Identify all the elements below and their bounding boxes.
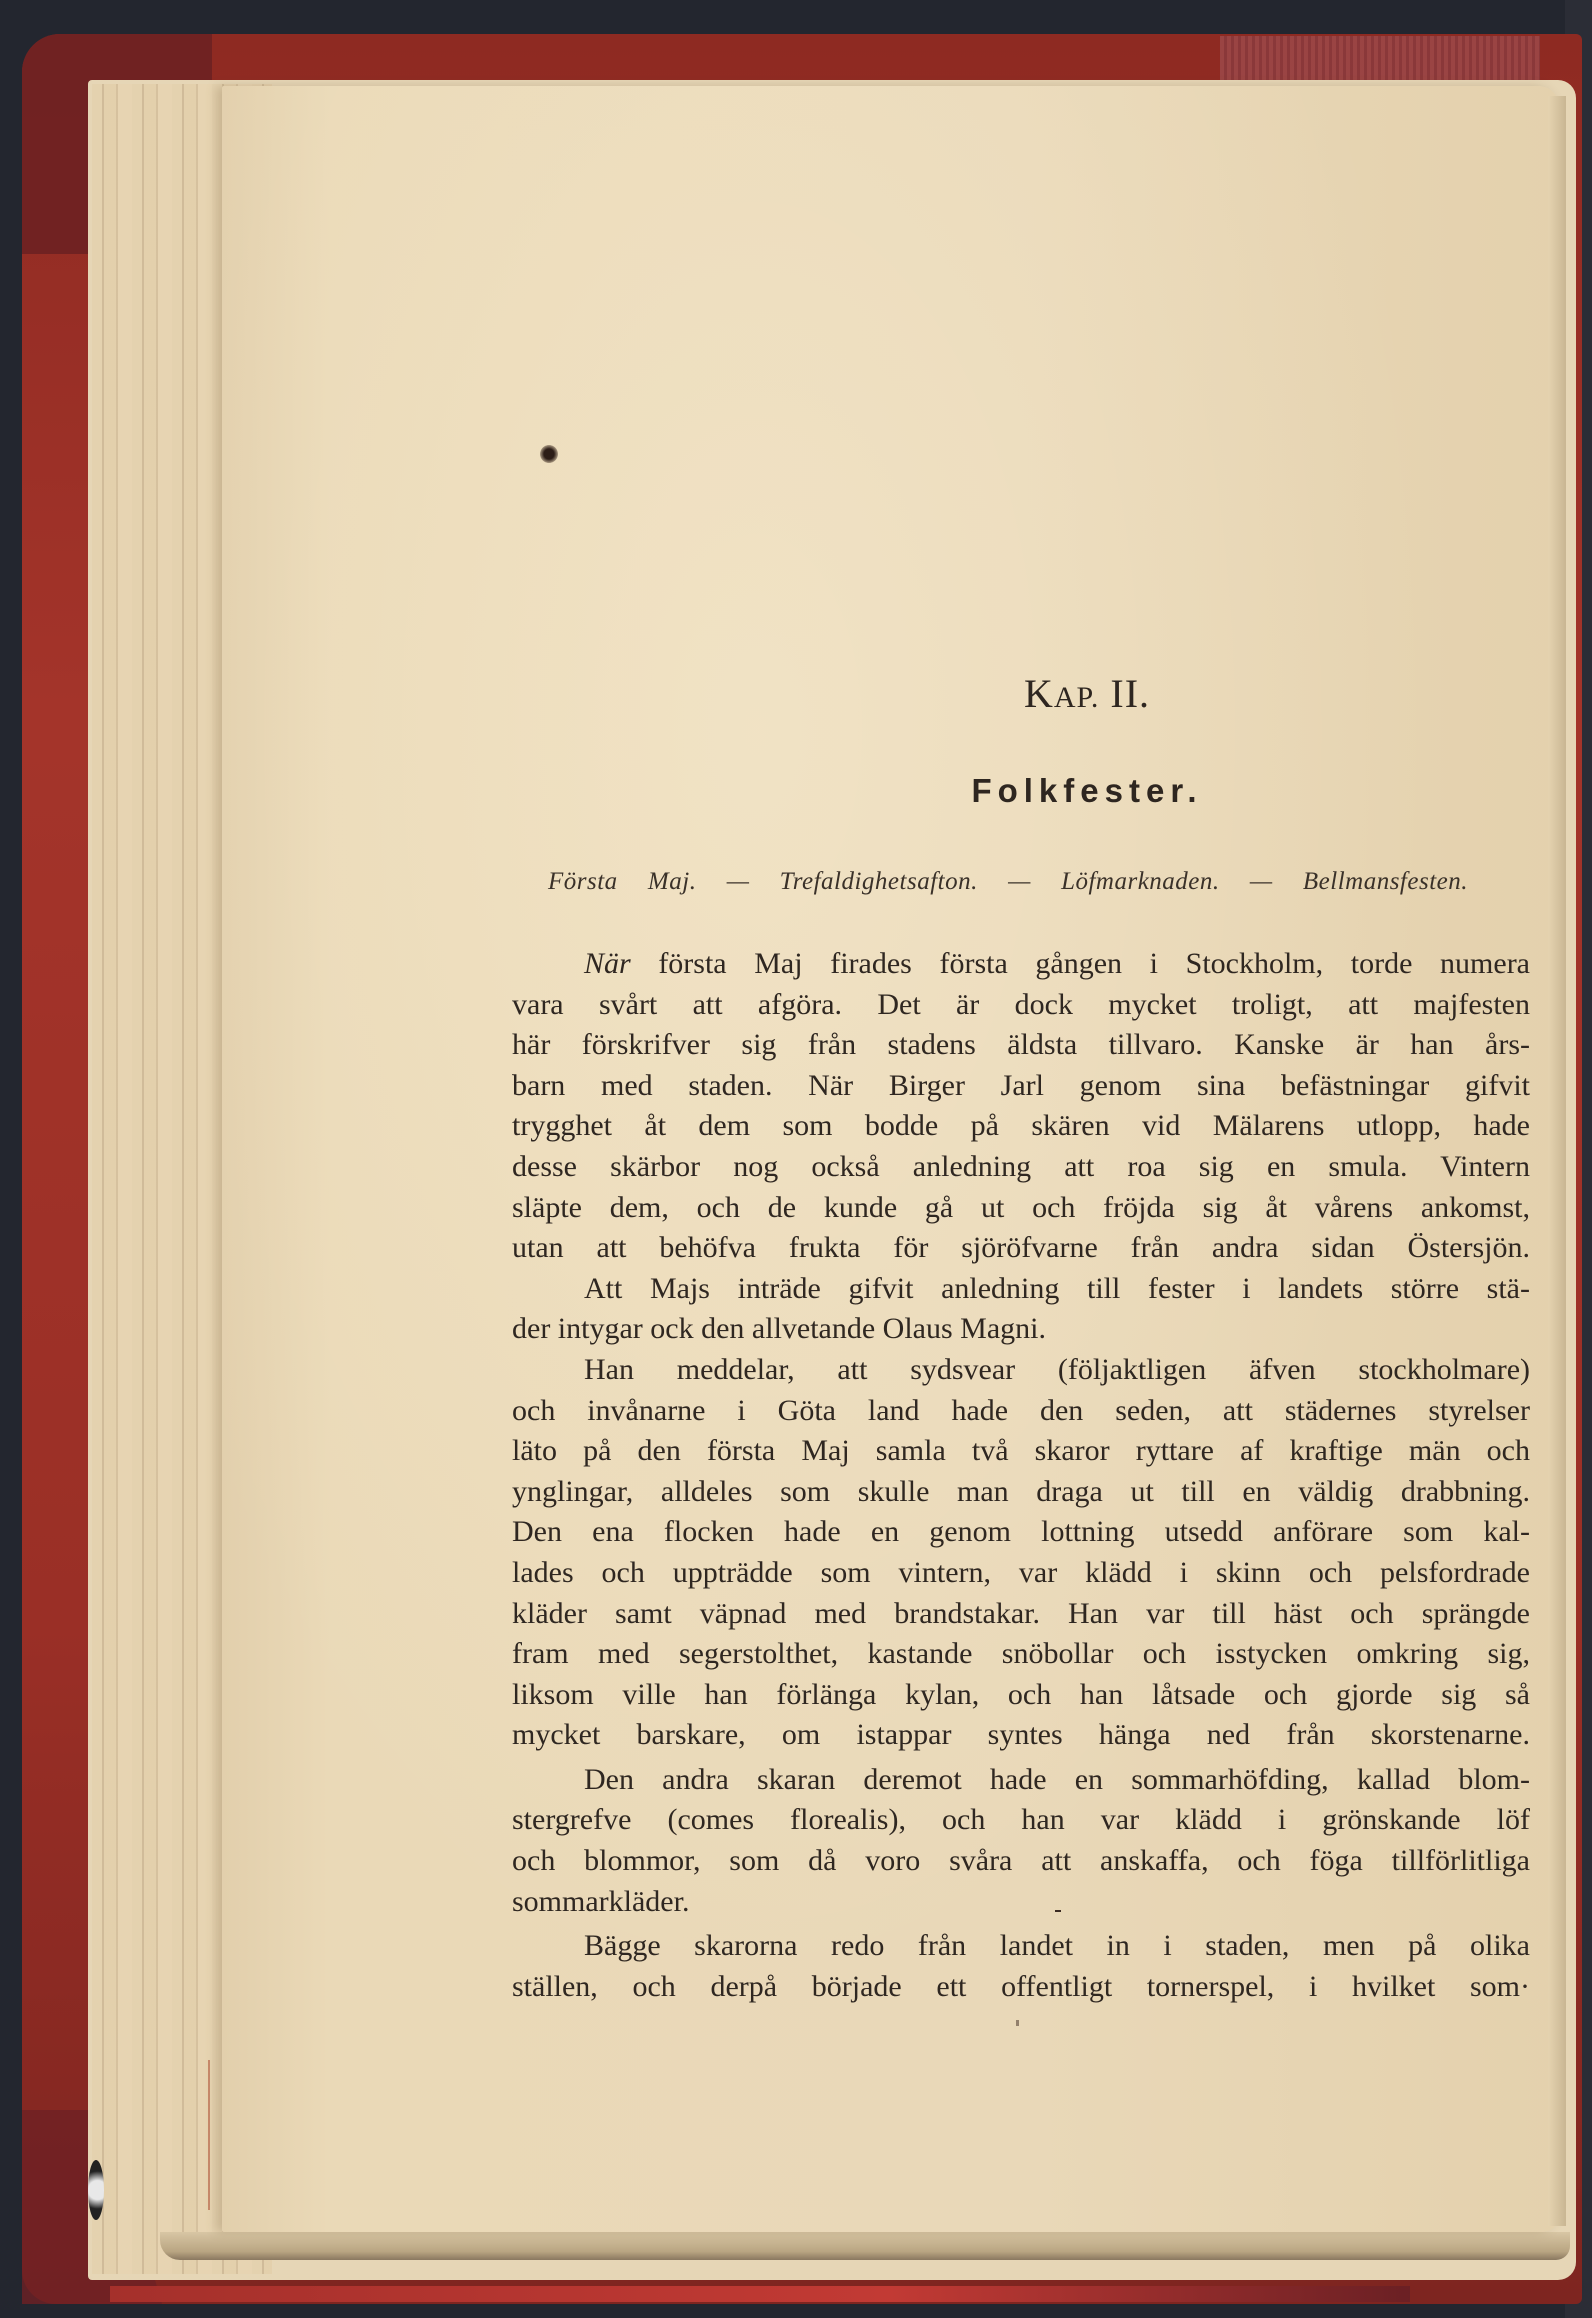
italic-lead: När bbox=[584, 947, 631, 980]
chapter-heading: KAP. II. bbox=[222, 670, 1592, 717]
chapter-label-small: AP. bbox=[1054, 681, 1100, 714]
paragraph: Bägge skarorna redo från landet in i sta… bbox=[512, 1926, 1530, 2007]
text-line: ställen, och derpå började ett offentlig… bbox=[512, 1967, 1530, 2008]
text-line: ynglingar, alldeles som skulle man draga… bbox=[512, 1472, 1530, 1513]
text-line: der intygar ock den allvetande Olaus Mag… bbox=[512, 1309, 1530, 1350]
ink-speck bbox=[540, 445, 558, 463]
paragraph: Den andra skaran deremot hade en sommarh… bbox=[512, 1760, 1530, 1922]
text-line: vara svårt att afgöra. Det är dock mycke… bbox=[512, 985, 1530, 1026]
page-stack-bottom bbox=[160, 2232, 1570, 2260]
text-line: Den ena flocken hade en genom lottning u… bbox=[512, 1512, 1530, 1553]
headband bbox=[1220, 36, 1540, 86]
text-line: När första Maj firades första gången i S… bbox=[512, 944, 1530, 985]
cover-bottom-edge bbox=[110, 2286, 1410, 2302]
ink-speck bbox=[1016, 2020, 1019, 2026]
text-line: sommarkläder. bbox=[512, 1882, 1530, 1923]
text-line: lades och uppträdde som vintern, var klä… bbox=[512, 1553, 1530, 1594]
text-line: här förskrifver sig från stadens äldsta … bbox=[512, 1025, 1530, 1066]
text-line: kläder samt väpnad med brandstakar. Han … bbox=[512, 1594, 1530, 1635]
paragraph: Han meddelar, att sydsvear (följaktligen… bbox=[512, 1350, 1530, 1756]
text-line: stergrefve (comes florealis), och han va… bbox=[512, 1800, 1530, 1841]
text-line: Den andra skaran deremot hade en sommarh… bbox=[512, 1760, 1530, 1801]
text-line: utan att behöfva frukta för sjöröfvarne … bbox=[512, 1228, 1530, 1269]
chapter-number: II. bbox=[1110, 671, 1150, 716]
clasp-icon bbox=[88, 2160, 104, 2220]
chapter-contents: Första Maj. — Trefaldighetsafton. — Löfm… bbox=[548, 868, 1468, 896]
bookmark-thread bbox=[208, 2060, 210, 2210]
page-edge-right bbox=[1548, 96, 1566, 2226]
line-text: första Maj firades första gången i Stock… bbox=[631, 947, 1530, 980]
text-line: fram med segerstolthet, kastande snöboll… bbox=[512, 1634, 1530, 1675]
text-line: Han meddelar, att sydsvear (följaktligen… bbox=[512, 1350, 1530, 1391]
text-line: släpte dem, och de kunde gå ut och fröjd… bbox=[512, 1188, 1530, 1229]
text-line: barn med staden. När Birger Jarl genom s… bbox=[512, 1066, 1530, 1107]
body-text: När första Maj firades första gången i S… bbox=[512, 944, 1530, 2007]
chapter-label: K bbox=[1024, 671, 1054, 716]
chapter-title: Folkfester. bbox=[222, 772, 1592, 810]
paragraph: Att Majs inträde gifvit anledning till f… bbox=[512, 1269, 1530, 1350]
text-line: mycket barskare, om istappar syntes häng… bbox=[512, 1715, 1530, 1756]
text-line: desse skärbor nog också anledning att ro… bbox=[512, 1147, 1530, 1188]
text-line: liksom ville han förlänga kylan, och han… bbox=[512, 1675, 1530, 1716]
text-line: läto på den första Maj samla två skaror … bbox=[512, 1431, 1530, 1472]
text-line: och invånarne i Göta land hade den seden… bbox=[512, 1391, 1530, 1432]
text-line: Att Majs inträde gifvit anledning till f… bbox=[512, 1269, 1530, 1310]
text-line: trygghet åt dem som bodde på skären vid … bbox=[512, 1106, 1530, 1147]
text-line: och blommor, som då voro svåra att anska… bbox=[512, 1841, 1530, 1882]
text-line: Bägge skarorna redo från landet in i sta… bbox=[512, 1926, 1530, 1967]
paragraph: När första Maj firades första gången i S… bbox=[512, 944, 1530, 1269]
